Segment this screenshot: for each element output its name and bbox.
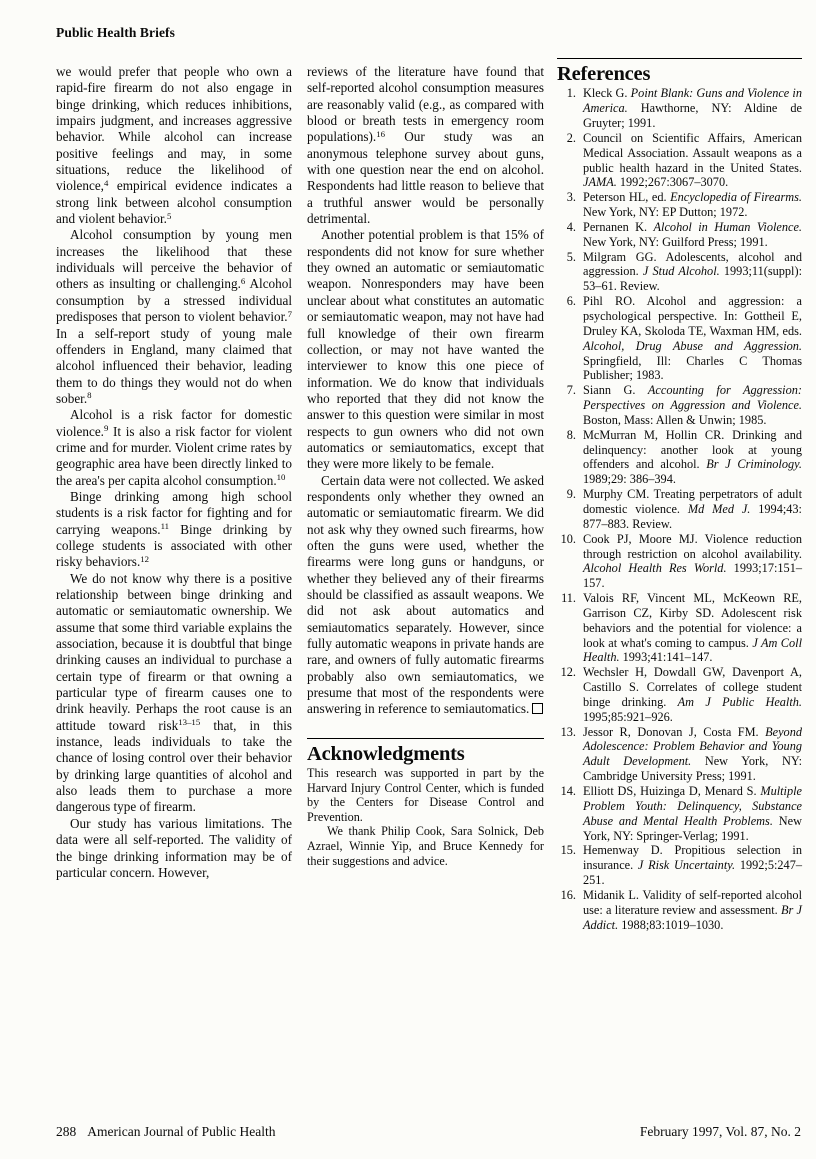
reference-number: 8. xyxy=(557,428,576,443)
reference-item: 5.Milgram GG. Adolescents, alcohol and a… xyxy=(557,250,802,295)
acknowledgments-text: This research was supported in part by t… xyxy=(307,766,544,868)
paragraph: Another potential problem is that 15% of… xyxy=(307,227,544,472)
acknowledgments-section: Acknowledgments This research was suppor… xyxy=(307,738,544,869)
paragraph: This research was supported in part by t… xyxy=(307,766,544,824)
reference-number: 14. xyxy=(557,784,576,799)
acknowledgments-rule xyxy=(307,738,544,739)
reference-number: 6. xyxy=(557,294,576,309)
paragraph: Alcohol is a risk factor for domestic vi… xyxy=(56,407,292,489)
reference-item: 7.Siann G. Accounting for Aggression: Pe… xyxy=(557,383,802,428)
paragraph: we would prefer that people who own a ra… xyxy=(56,64,292,227)
issue-info: February 1997, Vol. 87, No. 2 xyxy=(640,1124,801,1140)
paragraph: Alcohol consumption by young men increas… xyxy=(56,227,292,407)
reference-number: 4. xyxy=(557,220,576,235)
body-column-2: reviews of the literature have found tha… xyxy=(307,64,544,868)
reference-item: 3.Peterson HL, ed. Encyclopedia of Firea… xyxy=(557,190,802,220)
reference-item: 1.Kleck G. Point Blank: Guns and Violenc… xyxy=(557,86,802,131)
end-of-article-box-icon xyxy=(532,703,543,714)
reference-number: 15. xyxy=(557,843,576,858)
reference-item: 4.Pernanen K. Alcohol in Human Violence.… xyxy=(557,220,802,250)
reference-number: 3. xyxy=(557,190,576,205)
paragraph: Our study has various limitations. The d… xyxy=(56,816,292,881)
reference-number: 12. xyxy=(557,665,576,680)
paragraph: reviews of the literature have found tha… xyxy=(307,64,544,227)
reference-number: 7. xyxy=(557,383,576,398)
reference-number: 16. xyxy=(557,888,576,903)
reference-item: 12.Wechsler H, Dowdall GW, Davenport A, … xyxy=(557,665,802,724)
reference-item: 11.Valois RF, Vincent ML, McKeown RE, Ga… xyxy=(557,591,802,665)
reference-item: 6.Pihl RO. Alcohol and aggression: a psy… xyxy=(557,294,802,383)
reference-item: 2.Council on Scientific Affairs, America… xyxy=(557,131,802,190)
reference-item: 10.Cook PJ, Moore MJ. Violence reduction… xyxy=(557,532,802,591)
references-column: References 1.Kleck G. Point Blank: Guns … xyxy=(557,58,802,932)
journal-page: Public Health Briefs we would prefer tha… xyxy=(0,0,816,1159)
reference-item: 14.Elliott DS, Huizinga D, Menard S. Mul… xyxy=(557,784,802,843)
reference-number: 13. xyxy=(557,725,576,740)
body-column-1: we would prefer that people who own a ra… xyxy=(56,64,292,881)
reference-number: 11. xyxy=(557,591,576,606)
column-2-text: reviews of the literature have found tha… xyxy=(307,64,544,718)
page-number: 288 xyxy=(56,1124,76,1140)
references-heading: References xyxy=(557,66,802,82)
reference-item: 13.Jessor R, Donovan J, Costa FM. Beyond… xyxy=(557,725,802,784)
reference-item: 16.Midanik L. Validity of self-reported … xyxy=(557,888,802,933)
paragraph: Certain data were not collected. We aske… xyxy=(307,473,544,718)
paragraph: Binge drinking among high school student… xyxy=(56,489,292,571)
paragraph: We do not know why there is a positive r… xyxy=(56,571,292,816)
references-rule xyxy=(557,58,802,59)
reference-number: 2. xyxy=(557,131,576,146)
acknowledgments-heading: Acknowledgments xyxy=(307,746,544,762)
reference-item: 15.Hemenway D. Propitious selection in i… xyxy=(557,843,802,888)
reference-item: 8.McMurran M, Hollin CR. Drinking and de… xyxy=(557,428,802,487)
journal-name: American Journal of Public Health xyxy=(87,1124,275,1140)
reference-number: 1. xyxy=(557,86,576,101)
reference-number: 10. xyxy=(557,532,576,547)
reference-item: 9.Murphy CM. Treating perpetrators of ad… xyxy=(557,487,802,532)
page-footer: 288 American Journal of Public Health Fe… xyxy=(56,1124,801,1140)
references-list: 1.Kleck G. Point Blank: Guns and Violenc… xyxy=(557,86,802,932)
running-head: Public Health Briefs xyxy=(56,25,175,41)
paragraph: We thank Philip Cook, Sara Solnick, Deb … xyxy=(307,824,544,868)
reference-number: 5. xyxy=(557,250,576,265)
reference-number: 9. xyxy=(557,487,576,502)
